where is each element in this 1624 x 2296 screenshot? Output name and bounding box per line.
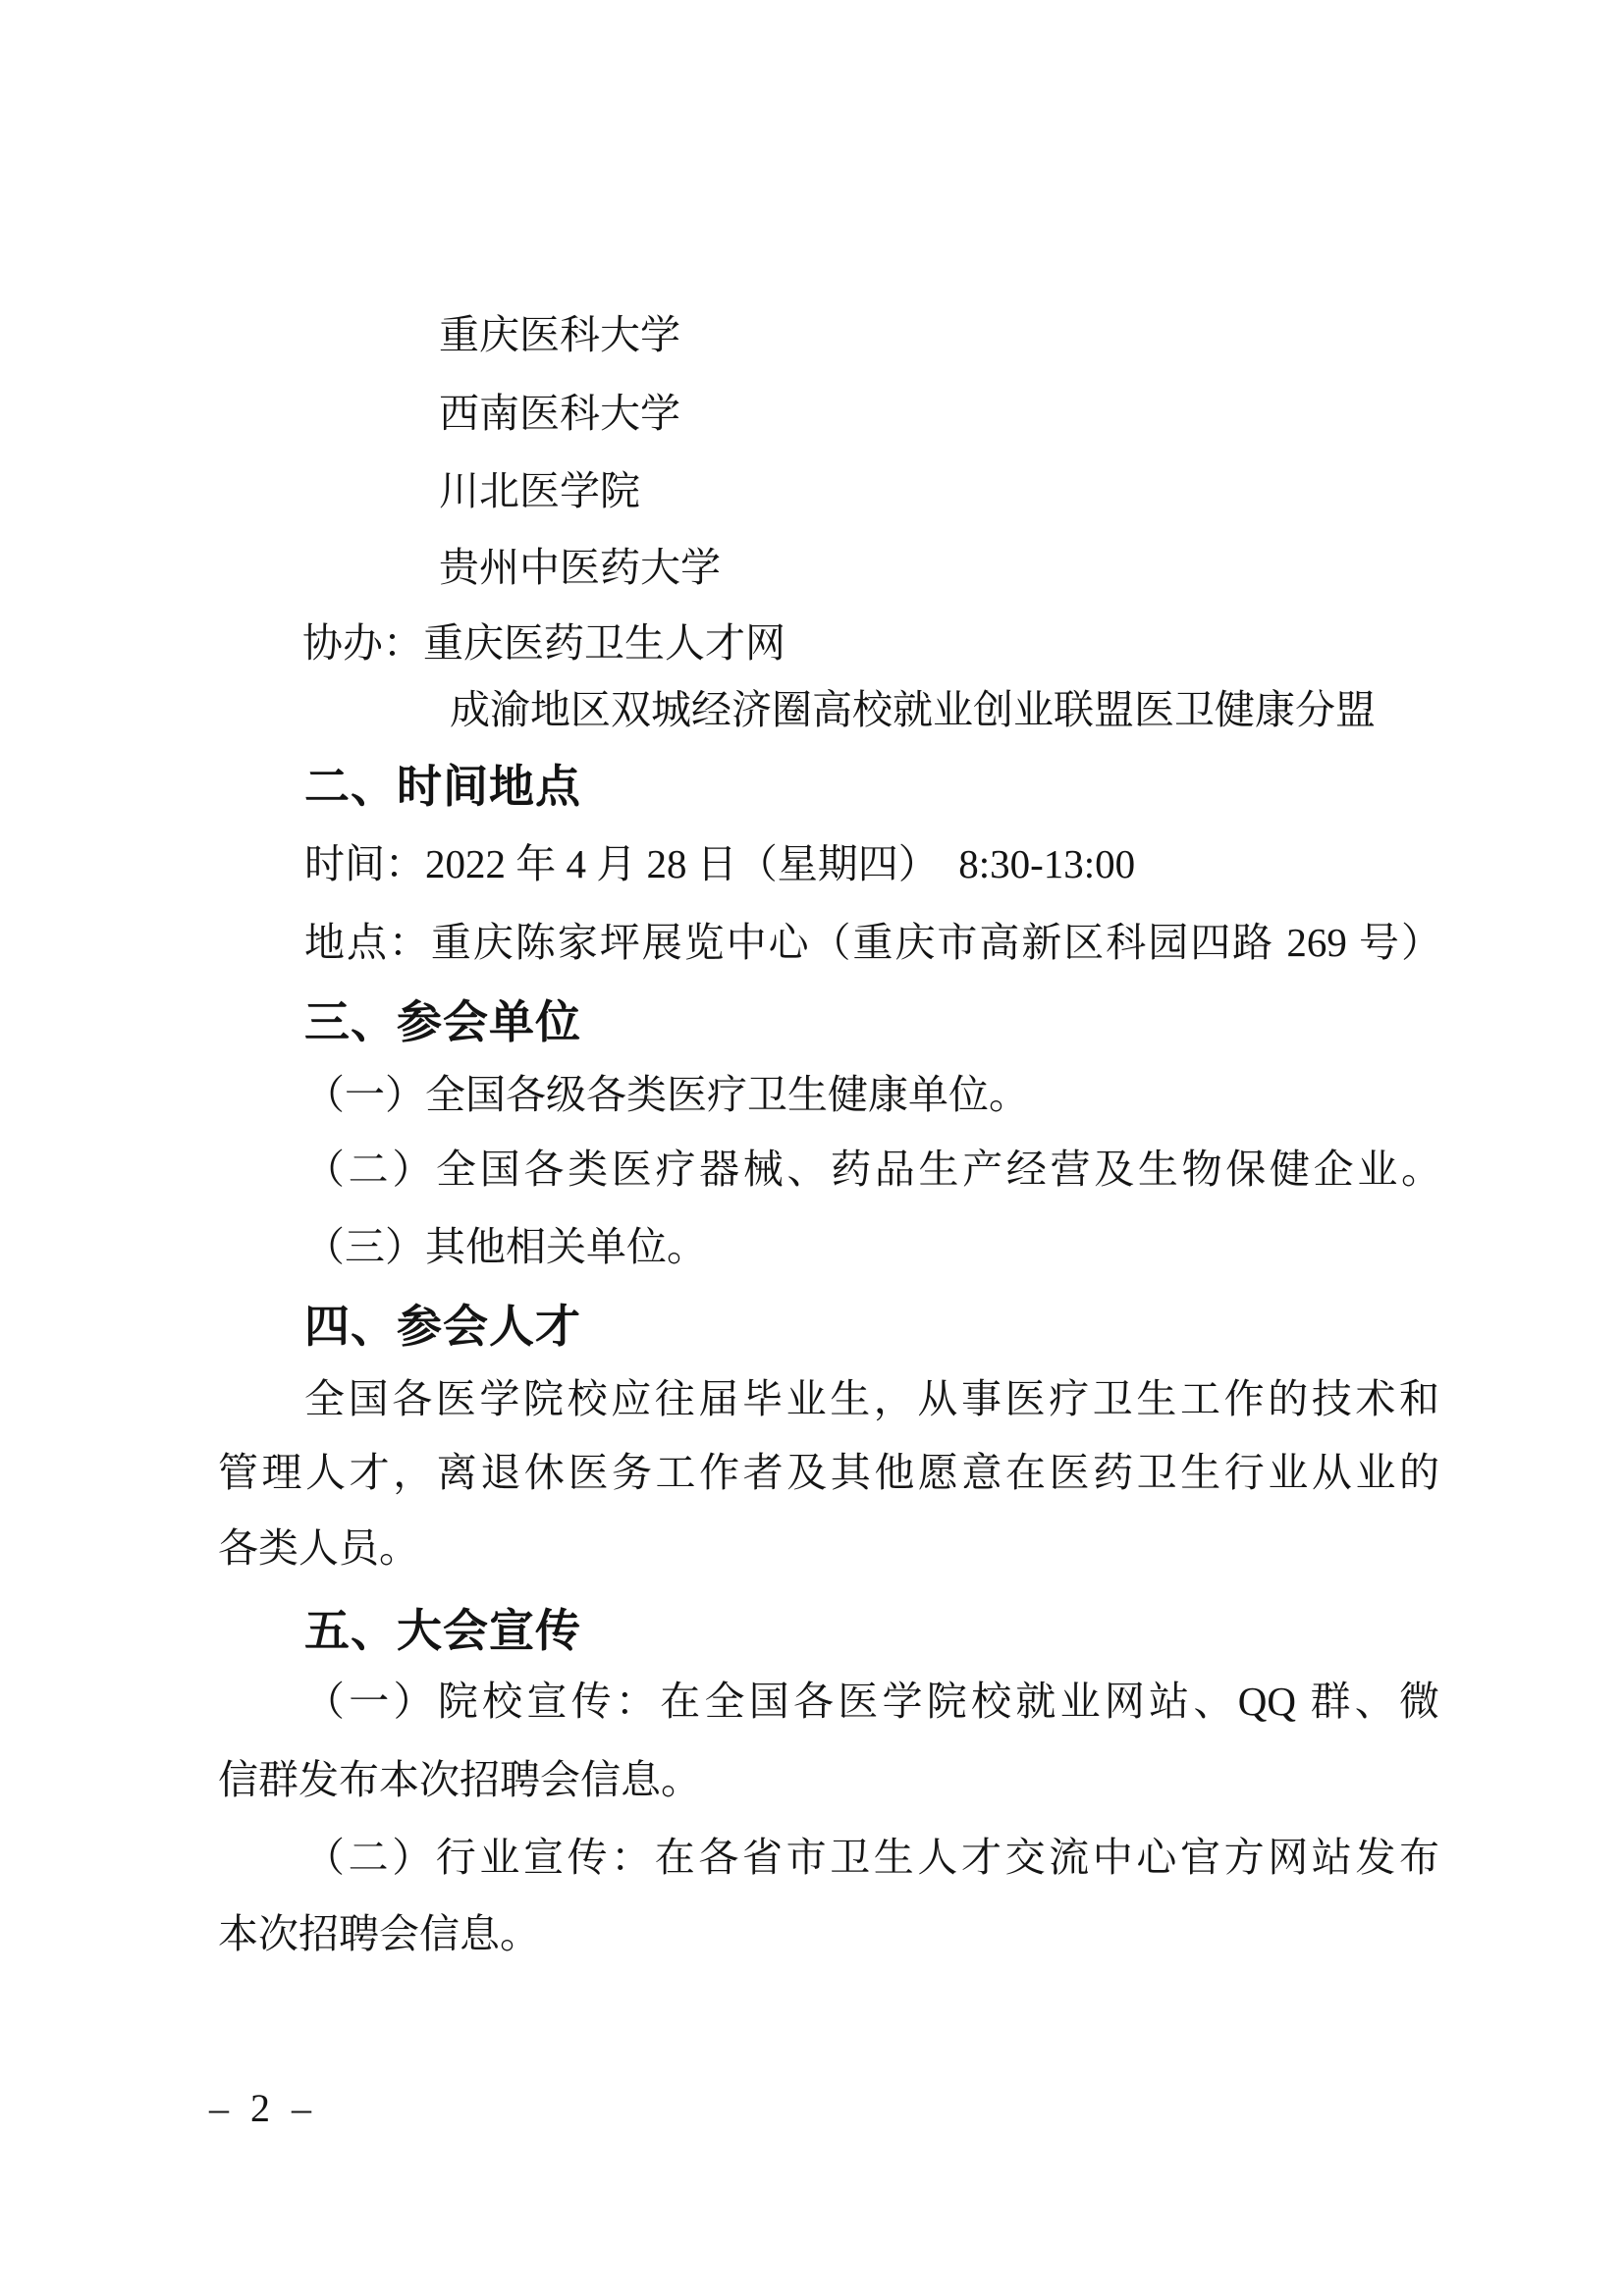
- document-page: 重庆医科大学 西南医科大学 川北医学院 贵州中医药大学 协办：重庆医药卫生人才网…: [0, 0, 1624, 2296]
- co-organizer-line-2: 成渝地区双城经济圈高校就业创业联盟医卫健康分盟: [450, 687, 1376, 733]
- section-heading-units: 三、参会单位: [304, 996, 581, 1048]
- university-line-2: 西南医科大学: [439, 391, 680, 437]
- publicity-item-1-line-2: 信群发布本次招聘会信息。: [218, 1757, 701, 1803]
- talents-paragraph-line-1: 全国各医学院校应往届毕业生，从事医疗卫生工作的技术和: [304, 1376, 1439, 1422]
- time-line: 时间：2022 年 4 月 28 日（星期四） 8:30-13:00: [304, 841, 1135, 887]
- publicity-item-1-line-1: （一）院校宣传：在全国各医学院校就业网站、QQ 群、微: [304, 1679, 1439, 1725]
- university-line-4: 贵州中医药大学: [439, 545, 721, 591]
- units-item-1: （一）全国各级各类医疗卫生健康单位。: [304, 1072, 1029, 1118]
- section-heading-talents: 四、参会人才: [304, 1301, 581, 1353]
- university-line-3: 川北医学院: [439, 468, 640, 514]
- publicity-item-2-line-2: 本次招聘会信息。: [218, 1911, 540, 1957]
- publicity-item-2-line-1: （二）行业宣传：在各省市卫生人才交流中心官方网站发布: [304, 1835, 1439, 1881]
- talents-paragraph-line-3: 各类人员。: [218, 1525, 419, 1572]
- page-number: – 2 –: [209, 2085, 317, 2131]
- university-line-1: 重庆医科大学: [439, 312, 680, 358]
- units-item-2: （二）全国各类医疗器械、药品生产经营及生物保健企业。: [304, 1147, 1441, 1193]
- co-organizer-line-1: 协办：重庆医药卫生人才网: [302, 620, 785, 667]
- units-item-3: （三）其他相关单位。: [304, 1224, 707, 1270]
- place-line: 地点：重庆陈家坪展览中心（重庆市高新区科园四路 269 号）: [304, 920, 1441, 966]
- section-heading-time-place: 二、时间地点: [304, 761, 581, 813]
- talents-paragraph-line-2: 管理人才，离退休医务工作者及其他愿意在医药卫生行业从业的: [218, 1450, 1439, 1496]
- section-heading-publicity: 五、大会宣传: [304, 1605, 581, 1657]
